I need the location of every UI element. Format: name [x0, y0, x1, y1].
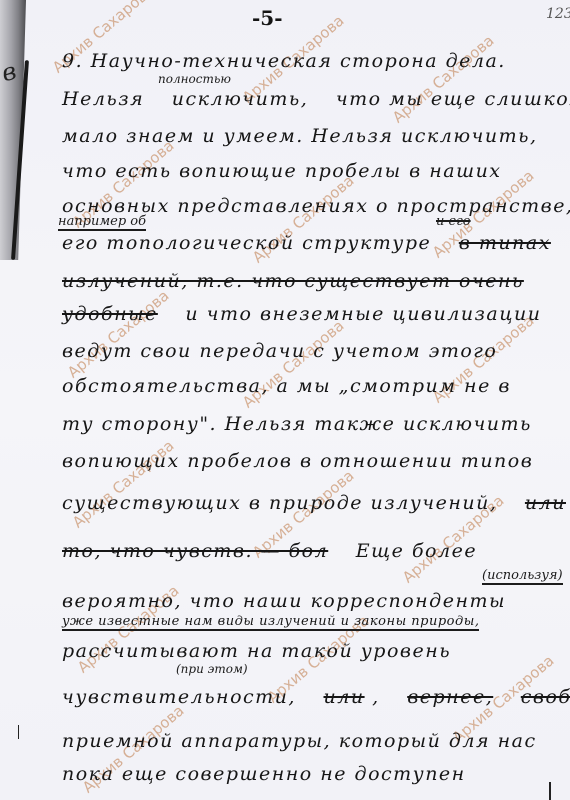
insertion-left: например об	[58, 214, 146, 231]
manuscript-line: ведут свои передачи с учетом этого	[62, 340, 497, 362]
manuscript-line: удобные и что внеземные цивилизации	[62, 303, 541, 325]
line-text: что мы еще слишком	[336, 88, 570, 110]
line-text: Нельзя	[62, 88, 144, 110]
manuscript-line: то, что чувств. — бол Еще более	[62, 540, 477, 562]
struck-text: свободные	[521, 686, 570, 708]
insertion-below: (при этом)	[176, 662, 248, 676]
line-text: вероятно, что наши корреспонденты	[62, 590, 506, 612]
watermark: Архив Сахарова	[239, 316, 347, 411]
line-text: пока еще совершенно не доступен	[62, 763, 466, 785]
watermark: Архив Сахарова	[64, 286, 172, 381]
manuscript-line: вероятно, что наши корреспонденты	[62, 590, 506, 612]
line-text: вопиющих пробелов в отношении типов	[62, 450, 533, 472]
struck-text: то, что чувств. — бол	[62, 540, 328, 562]
line-text: его топологической структуре	[62, 232, 431, 254]
manuscript-line: мало знаем и умеем. Нельзя исключить,	[62, 125, 538, 147]
struck-text: в типах	[459, 232, 551, 254]
manuscript-line: Нельзя исключить, что мы еще слишком	[62, 88, 570, 110]
line-text: исключить,	[172, 88, 309, 110]
watermark: Архив Сахарова	[389, 31, 497, 126]
manuscript-line: существующих в природе излучений, или	[62, 492, 566, 514]
manuscript-line: приемной аппаратуры, который для нас	[62, 730, 537, 752]
line-text: ведут свои передачи с учетом этого	[62, 340, 497, 362]
struck-text: вернее,	[407, 686, 493, 708]
insertion-above: полностью	[158, 72, 231, 86]
line-text: что есть вопиющие пробелы в наших	[62, 160, 502, 182]
manuscript-line: чувствительности, или , вернее, свободны…	[62, 686, 570, 708]
manuscript-line-struck: излучений, т.е. что существует очень	[62, 270, 524, 292]
insertion-struck: и его	[436, 214, 471, 229]
manuscript-line: рассчитывают на такой уровень	[62, 640, 451, 662]
inserted-line: уже известные нам виды излучений и закон…	[62, 614, 479, 631]
line-text: существующих в природе излучений,	[62, 492, 497, 514]
manuscript-page: в -5- 123 Архив Сахарова Архив Сахарова …	[0, 0, 570, 800]
manuscript-line: пока еще совершенно не доступен	[62, 763, 466, 785]
manuscript-line: 9. Научно-техническая сторона дела.	[62, 50, 506, 72]
line-text: приемной аппаратуры, который для нас	[62, 730, 537, 752]
line-text: и что внеземные цивилизации	[185, 303, 541, 325]
line-text: 9. Научно-техническая сторона дела.	[62, 50, 506, 72]
archive-number: 123	[546, 6, 570, 22]
struck-text: или	[525, 492, 566, 514]
struck-text: или	[324, 686, 365, 708]
manuscript-line: обстоятельства, а мы „смотрим не в	[62, 375, 511, 397]
margin-mark	[18, 725, 19, 739]
line-text: рассчитывают на такой уровень	[62, 640, 451, 662]
line-text: ту сторону". Нельзя также исключить	[62, 413, 532, 435]
insertion-above: (используя)	[482, 568, 563, 585]
manuscript-line: вопиющих пробелов в отношении типов	[62, 450, 533, 472]
page-number: -5-	[252, 6, 283, 30]
struck-text: излучений, т.е. что существует очень	[62, 270, 524, 292]
manuscript-line: ту сторону". Нельзя также исключить	[62, 413, 532, 435]
manuscript-line: его топологической структуре в типах	[62, 232, 551, 254]
struck-text: удобные	[62, 303, 158, 325]
line-text: уже известные нам виды излучений и закон…	[62, 614, 479, 629]
line-text: Еще более	[356, 540, 477, 562]
manuscript-line: что есть вопиющие пробелы в наших	[62, 160, 502, 182]
margin-mark	[549, 782, 551, 800]
line-text: ,	[372, 686, 380, 708]
line-text: мало знаем и умеем. Нельзя исключить,	[62, 125, 538, 147]
line-text: обстоятельства, а мы „смотрим не в	[62, 375, 511, 397]
line-text: чувствительности,	[62, 686, 296, 708]
